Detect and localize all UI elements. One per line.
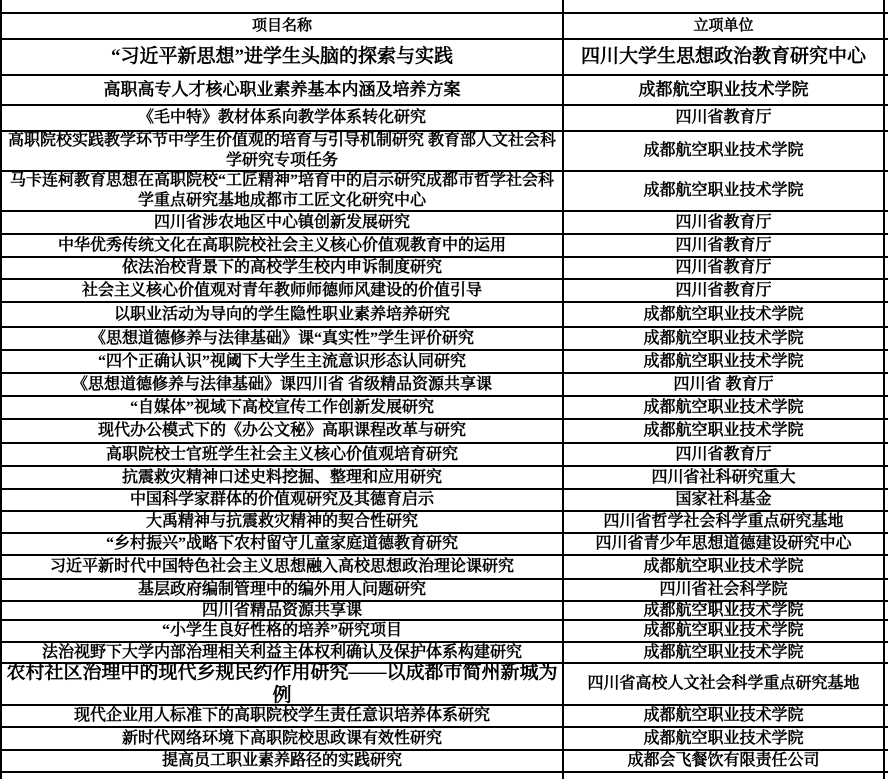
project-cell-text: “小学生良好性格的培养”研究项目	[2, 621, 562, 641]
unit-cell: 四川省 教育厅	[562, 374, 883, 395]
project-cell: “习近平新思想”进学生头脑的探索与实践	[0, 40, 562, 74]
project-cell: 新时代网络环境下高职院校思政课有效性研究	[0, 728, 562, 749]
cutoff-cell	[883, 235, 888, 256]
project-cell: 基层政府编制管理中的编外用人问题研究	[0, 580, 562, 600]
table-row: 农村社区治理中的现代乡规民约作用研究——以成都市简州新城为例四川省高校人文社会科…	[0, 664, 888, 706]
cutoff-cell	[883, 534, 888, 554]
partial-cell	[562, 0, 883, 12]
cutoff-cell	[883, 580, 888, 600]
project-cell: 以职业活动为导向的学生隐性职业素养培养研究	[0, 303, 562, 326]
unit-cell: 四川省教育厅	[562, 106, 883, 130]
table-row: 大禹精神与抗震救灾精神的契合性研究四川省哲学社会科学重点研究基地	[0, 512, 888, 534]
partial-cell	[0, 773, 562, 779]
unit-cell-text: 四川大学生思想政治教育研究中心	[564, 45, 883, 68]
cutoff-cell	[883, 280, 888, 301]
project-cell: 中国科学家群体的价值观研究及其德育启示	[0, 490, 562, 510]
table-row: 四川省精品资源共享课成都航空职业技术学院	[0, 602, 888, 621]
header-row: 项目名称 立项单位	[0, 12, 888, 40]
unit-cell: 成都航空职业技术学院	[562, 132, 883, 170]
unit-cell-text: 成都航空职业技术学院	[564, 80, 883, 101]
project-cell: 依法治校背景下的高校学生校内申诉制度研究	[0, 258, 562, 278]
table-row: 提高员工职业素养路径的实践研究成都会飞餐饮有限责任公司	[0, 751, 888, 773]
unit-cell-text: 成都航空职业技术学院	[564, 643, 883, 662]
unit-cell: 成都航空职业技术学院	[562, 172, 883, 210]
project-cell-text: 习近平新时代中国特色社会主义思想融入高校思想政治理论课研究	[2, 557, 562, 577]
unit-cell-text: 四川省社会科学院	[564, 580, 883, 600]
unit-cell: 成都会飞餐饮有限责任公司	[562, 751, 883, 771]
unit-cell-text: 四川省社科研究重大	[564, 468, 883, 488]
cutoff-cell	[883, 512, 888, 532]
partial-row-bottom	[0, 773, 888, 779]
header-cell-unit: 立项单位	[562, 14, 883, 38]
col-header-unit: 立项单位	[564, 17, 883, 35]
unit-cell: 四川省教育厅	[562, 212, 883, 233]
project-cell: 四川省涉农地区中心镇创新发展研究	[0, 212, 562, 233]
unit-cell-text: 四川省 教育厅	[564, 375, 883, 395]
table-row: 中国科学家群体的价值观研究及其德育启示国家社科基金	[0, 490, 888, 512]
cutoff-cell	[883, 351, 888, 372]
cutoff-cell	[883, 556, 888, 578]
table-row: 中华优秀传统文化在高职院校社会主义核心价值观教育中的运用四川省教育厅	[0, 235, 888, 258]
project-cell-text: “四个正确认识”视阈下大学生主流意识形态认同研究	[2, 352, 562, 372]
table-row: 依法治校背景下的高校学生校内申诉制度研究四川省教育厅	[0, 258, 888, 280]
unit-cell-text: 四川省教育厅	[564, 236, 883, 256]
project-cell: 抗震救灾精神口述史料挖掘、整理和应用研究	[0, 467, 562, 488]
project-cell-text: 抗震救灾精神口述史料挖掘、整理和应用研究	[2, 468, 562, 488]
unit-cell: 四川省教育厅	[562, 444, 883, 465]
unit-cell: 成都航空职业技术学院	[562, 328, 883, 349]
project-cell: “小学生良好性格的培养”研究项目	[0, 621, 562, 641]
partial-cell	[883, 773, 888, 779]
cutoff-cell	[883, 374, 888, 395]
cutoff-cell	[883, 602, 888, 619]
cutoff-cell	[883, 420, 888, 442]
project-cell-text: 社会主义核心价值观对青年教师师德师风建设的价值引导	[2, 281, 562, 301]
table-row: 《毛中特》教材体系向教学体系转化研究四川省教育厅	[0, 106, 888, 132]
table-row: 高职院校实践教学环节中学生价值观的培育与引导机制研究 教育部人文社会科学研究专项…	[0, 132, 888, 172]
project-cell: 高职院校实践教学环节中学生价值观的培育与引导机制研究 教育部人文社会科学研究专项…	[0, 132, 562, 170]
table-row: 习近平新时代中国特色社会主义思想融入高校思想政治理论课研究成都航空职业技术学院	[0, 556, 888, 580]
project-cell-text: 《毛中特》教材体系向教学体系转化研究	[2, 108, 562, 128]
unit-cell-text: 四川省高校人文社会科学重点研究基地	[564, 674, 883, 694]
project-cell-text: “习近平新思想”进学生头脑的探索与实践	[2, 45, 562, 68]
unit-cell-text: 四川省教育厅	[564, 281, 883, 301]
partial-cell	[562, 773, 883, 779]
unit-cell-text: 成都会飞餐饮有限责任公司	[564, 751, 883, 771]
project-cell-text: 高职院校士官班学生社会主义核心价值观培育研究	[2, 445, 562, 465]
unit-cell-text: 成都航空职业技术学院	[564, 398, 883, 418]
project-cell: 现代企业用人标准下的高职院校学生责任意识培养体系研究	[0, 706, 562, 726]
unit-cell: 成都航空职业技术学院	[562, 76, 883, 104]
projects-table: 项目名称 立项单位 “习近平新思想”进学生头脑的探索与实践四川大学生思想政治教育…	[0, 0, 888, 779]
project-cell: “四个正确认识”视阈下大学生主流意识形态认同研究	[0, 351, 562, 372]
unit-cell: 四川大学生思想政治教育研究中心	[562, 40, 883, 74]
table-row: 现代企业用人标准下的高职院校学生责任意识培养体系研究成都航空职业技术学院	[0, 706, 888, 728]
table-row: “小学生良好性格的培养”研究项目成都航空职业技术学院	[0, 621, 888, 643]
unit-cell: 成都航空职业技术学院	[562, 397, 883, 418]
unit-cell-text: 四川省教育厅	[564, 258, 883, 278]
col-header-project: 项目名称	[2, 17, 562, 35]
cutoff-cell	[883, 706, 888, 726]
project-cell: “乡村振兴”战略下农村留守儿童家庭道德教育研究	[0, 534, 562, 554]
project-cell: 现代办公模式下的《办公文秘》高职课程改革与研究	[0, 420, 562, 442]
cutoff-cell	[883, 328, 888, 349]
unit-cell-text: 四川省教育厅	[564, 108, 883, 128]
cutoff-cell	[883, 643, 888, 662]
project-cell: 大禹精神与抗震救灾精神的契合性研究	[0, 512, 562, 532]
unit-cell: 成都航空职业技术学院	[562, 602, 883, 619]
project-cell-text: 四川省精品资源共享课	[2, 602, 562, 619]
unit-cell-text: 四川省青少年思想道德建设研究中心	[564, 534, 883, 554]
unit-cell-text: 成都航空职业技术学院	[564, 305, 883, 325]
header-cell-cutoff	[883, 14, 888, 38]
project-cell: 提高员工职业素养路径的实践研究	[0, 751, 562, 771]
table-row: 马卡连柯教育思想在高职院校“工匠精神”培育中的启示研究成都市哲学社会科学重点研究…	[0, 172, 888, 212]
project-cell-text: 《思想道德修养与法律基础》课“真实性”学生评价研究	[2, 329, 562, 349]
table-row: “习近平新思想”进学生头脑的探索与实践四川大学生思想政治教育研究中心	[0, 40, 888, 76]
project-cell-text: 《思想道德修养与法律基础》课四川省 省级精品资源共享课	[2, 375, 562, 395]
header-cell-project: 项目名称	[0, 14, 562, 38]
unit-cell-text: 成都航空职业技术学院	[564, 329, 883, 349]
table-row: “乡村振兴”战略下农村留守儿童家庭道德教育研究四川省青少年思想道德建设研究中心	[0, 534, 888, 556]
unit-cell-text: 成都航空职业技术学院	[564, 729, 883, 749]
table-row: 高职院校士官班学生社会主义核心价值观培育研究四川省教育厅	[0, 444, 888, 467]
unit-cell: 四川省青少年思想道德建设研究中心	[562, 534, 883, 554]
unit-cell-text: 成都航空职业技术学院	[564, 557, 883, 577]
unit-cell-text: 成都航空职业技术学院	[564, 621, 883, 641]
unit-cell: 成都航空职业技术学院	[562, 728, 883, 749]
project-cell-text: 现代企业用人标准下的高职院校学生责任意识培养体系研究	[2, 706, 562, 726]
unit-cell-text: 成都航空职业技术学院	[564, 352, 883, 372]
cutoff-cell	[883, 212, 888, 233]
unit-cell-text: 成都航空职业技术学院	[564, 706, 883, 726]
unit-cell: 成都航空职业技术学院	[562, 621, 883, 641]
project-cell-text: 大禹精神与抗震救灾精神的契合性研究	[2, 512, 562, 532]
unit-cell-text: 四川省教育厅	[564, 213, 883, 233]
table-row: 高职高专人才核心职业素养基本内涵及培养方案成都航空职业技术学院	[0, 76, 888, 106]
cutoff-cell	[883, 40, 888, 74]
project-cell: 高职院校士官班学生社会主义核心价值观培育研究	[0, 444, 562, 465]
unit-cell-text: 四川省哲学社会科学重点研究基地	[564, 512, 883, 532]
cutoff-cell	[883, 76, 888, 104]
table-row: 新时代网络环境下高职院校思政课有效性研究成都航空职业技术学院	[0, 728, 888, 751]
unit-cell: 四川省教育厅	[562, 235, 883, 256]
table-row: “四个正确认识”视阈下大学生主流意识形态认同研究成都航空职业技术学院	[0, 351, 888, 374]
partial-cell	[0, 0, 562, 12]
unit-cell: 成都航空职业技术学院	[562, 706, 883, 726]
document-page: 项目名称 立项单位 “习近平新思想”进学生头脑的探索与实践四川大学生思想政治教育…	[0, 0, 888, 781]
project-cell: 习近平新时代中国特色社会主义思想融入高校思想政治理论课研究	[0, 556, 562, 578]
unit-cell: 成都航空职业技术学院	[562, 303, 883, 326]
project-cell: 社会主义核心价值观对青年教师师德师风建设的价值引导	[0, 280, 562, 301]
cutoff-cell	[883, 490, 888, 510]
unit-cell: 四川省社科研究重大	[562, 467, 883, 488]
project-cell: 法治视野下大学内部治理相关利益主体权利确认及保护体系构建研究	[0, 643, 562, 662]
unit-cell: 四川省教育厅	[562, 258, 883, 278]
project-cell-text: 现代办公模式下的《办公文秘》高职课程改革与研究	[2, 421, 562, 441]
table-row: 《思想道德修养与法律基础》课四川省 省级精品资源共享课四川省 教育厅	[0, 374, 888, 397]
project-cell-text: 基层政府编制管理中的编外用人问题研究	[2, 580, 562, 600]
unit-cell: 四川省高校人文社会科学重点研究基地	[562, 664, 883, 704]
project-cell-text: 中华优秀传统文化在高职院校社会主义核心价值观教育中的运用	[2, 236, 562, 256]
table-row: 法治视野下大学内部治理相关利益主体权利确认及保护体系构建研究成都航空职业技术学院	[0, 643, 888, 664]
unit-cell-text: 成都航空职业技术学院	[564, 421, 883, 441]
project-cell-text: 法治视野下大学内部治理相关利益主体权利确认及保护体系构建研究	[2, 643, 562, 662]
project-cell-text: “自媒体”视域下高校宣传工作创新发展研究	[2, 398, 562, 418]
unit-cell: 成都航空职业技术学院	[562, 556, 883, 578]
project-cell-text: 四川省涉农地区中心镇创新发展研究	[2, 213, 562, 233]
project-cell-text: 依法治校背景下的高校学生校内申诉制度研究	[2, 258, 562, 278]
unit-cell-text: 成都航空职业技术学院	[564, 141, 883, 161]
cutoff-cell	[883, 664, 888, 704]
project-cell: 四川省精品资源共享课	[0, 602, 562, 619]
table-row: 《思想道德修养与法律基础》课“真实性”学生评价研究成都航空职业技术学院	[0, 328, 888, 351]
cutoff-cell	[883, 303, 888, 326]
project-cell-text: 高职院校实践教学环节中学生价值观的培育与引导机制研究 教育部人文社会科学研究专项…	[2, 132, 562, 170]
table-row: 四川省涉农地区中心镇创新发展研究四川省教育厅	[0, 212, 888, 235]
unit-cell-text: 国家社科基金	[564, 490, 883, 510]
unit-cell: 国家社科基金	[562, 490, 883, 510]
project-cell-text: 高职高专人才核心职业素养基本内涵及培养方案	[2, 80, 562, 101]
partial-cell	[883, 0, 888, 12]
project-cell-text: “乡村振兴”战略下农村留守儿童家庭道德教育研究	[2, 534, 562, 554]
unit-cell: 成都航空职业技术学院	[562, 643, 883, 662]
table-row: 以职业活动为导向的学生隐性职业素养培养研究成都航空职业技术学院	[0, 303, 888, 328]
project-cell: 《思想道德修养与法律基础》课四川省 省级精品资源共享课	[0, 374, 562, 395]
unit-cell-text: 成都航空职业技术学院	[564, 602, 883, 619]
table-row: 基层政府编制管理中的编外用人问题研究四川省社会科学院	[0, 580, 888, 602]
unit-cell: 四川省教育厅	[562, 280, 883, 301]
cutoff-cell	[883, 106, 888, 130]
project-cell: 农村社区治理中的现代乡规民约作用研究——以成都市简州新城为例	[0, 664, 562, 704]
cutoff-cell	[883, 728, 888, 749]
cutoff-cell	[883, 751, 888, 771]
table-row: 抗震救灾精神口述史料挖掘、整理和应用研究四川省社科研究重大	[0, 467, 888, 490]
project-cell-text: 以职业活动为导向的学生隐性职业素养培养研究	[2, 305, 562, 325]
project-cell: “自媒体”视域下高校宣传工作创新发展研究	[0, 397, 562, 418]
cutoff-cell	[883, 258, 888, 278]
cutoff-cell	[883, 397, 888, 418]
unit-cell: 四川省哲学社会科学重点研究基地	[562, 512, 883, 532]
unit-cell: 四川省社会科学院	[562, 580, 883, 600]
project-cell-text: 农村社区治理中的现代乡规民约作用研究——以成都市简州新城为例	[2, 664, 562, 704]
cutoff-cell	[883, 172, 888, 210]
unit-cell-text: 四川省教育厅	[564, 445, 883, 465]
project-cell-text: 新时代网络环境下高职院校思政课有效性研究	[2, 729, 562, 749]
project-cell: 《毛中特》教材体系向教学体系转化研究	[0, 106, 562, 130]
unit-cell: 成都航空职业技术学院	[562, 351, 883, 372]
table-row: 现代办公模式下的《办公文秘》高职课程改革与研究成都航空职业技术学院	[0, 420, 888, 444]
unit-cell-text: 成都航空职业技术学院	[564, 181, 883, 201]
cutoff-cell	[883, 444, 888, 465]
cutoff-cell	[883, 621, 888, 641]
project-cell: 中华优秀传统文化在高职院校社会主义核心价值观教育中的运用	[0, 235, 562, 256]
project-cell-text: 马卡连柯教育思想在高职院校“工匠精神”培育中的启示研究成都市哲学社会科学重点研究…	[2, 172, 562, 210]
project-cell: 《思想道德修养与法律基础》课“真实性”学生评价研究	[0, 328, 562, 349]
cutoff-cell	[883, 467, 888, 488]
table-body: “习近平新思想”进学生头脑的探索与实践四川大学生思想政治教育研究中心高职高专人才…	[0, 40, 888, 773]
project-cell: 马卡连柯教育思想在高职院校“工匠精神”培育中的启示研究成都市哲学社会科学重点研究…	[0, 172, 562, 210]
project-cell: 高职高专人才核心职业素养基本内涵及培养方案	[0, 76, 562, 104]
cutoff-cell	[883, 132, 888, 170]
project-cell-text: 提高员工职业素养路径的实践研究	[2, 751, 562, 771]
table-row: “自媒体”视域下高校宣传工作创新发展研究成都航空职业技术学院	[0, 397, 888, 420]
table-row: 社会主义核心价值观对青年教师师德师风建设的价值引导四川省教育厅	[0, 280, 888, 303]
unit-cell: 成都航空职业技术学院	[562, 420, 883, 442]
partial-row-top	[0, 0, 888, 12]
project-cell-text: 中国科学家群体的价值观研究及其德育启示	[2, 490, 562, 510]
